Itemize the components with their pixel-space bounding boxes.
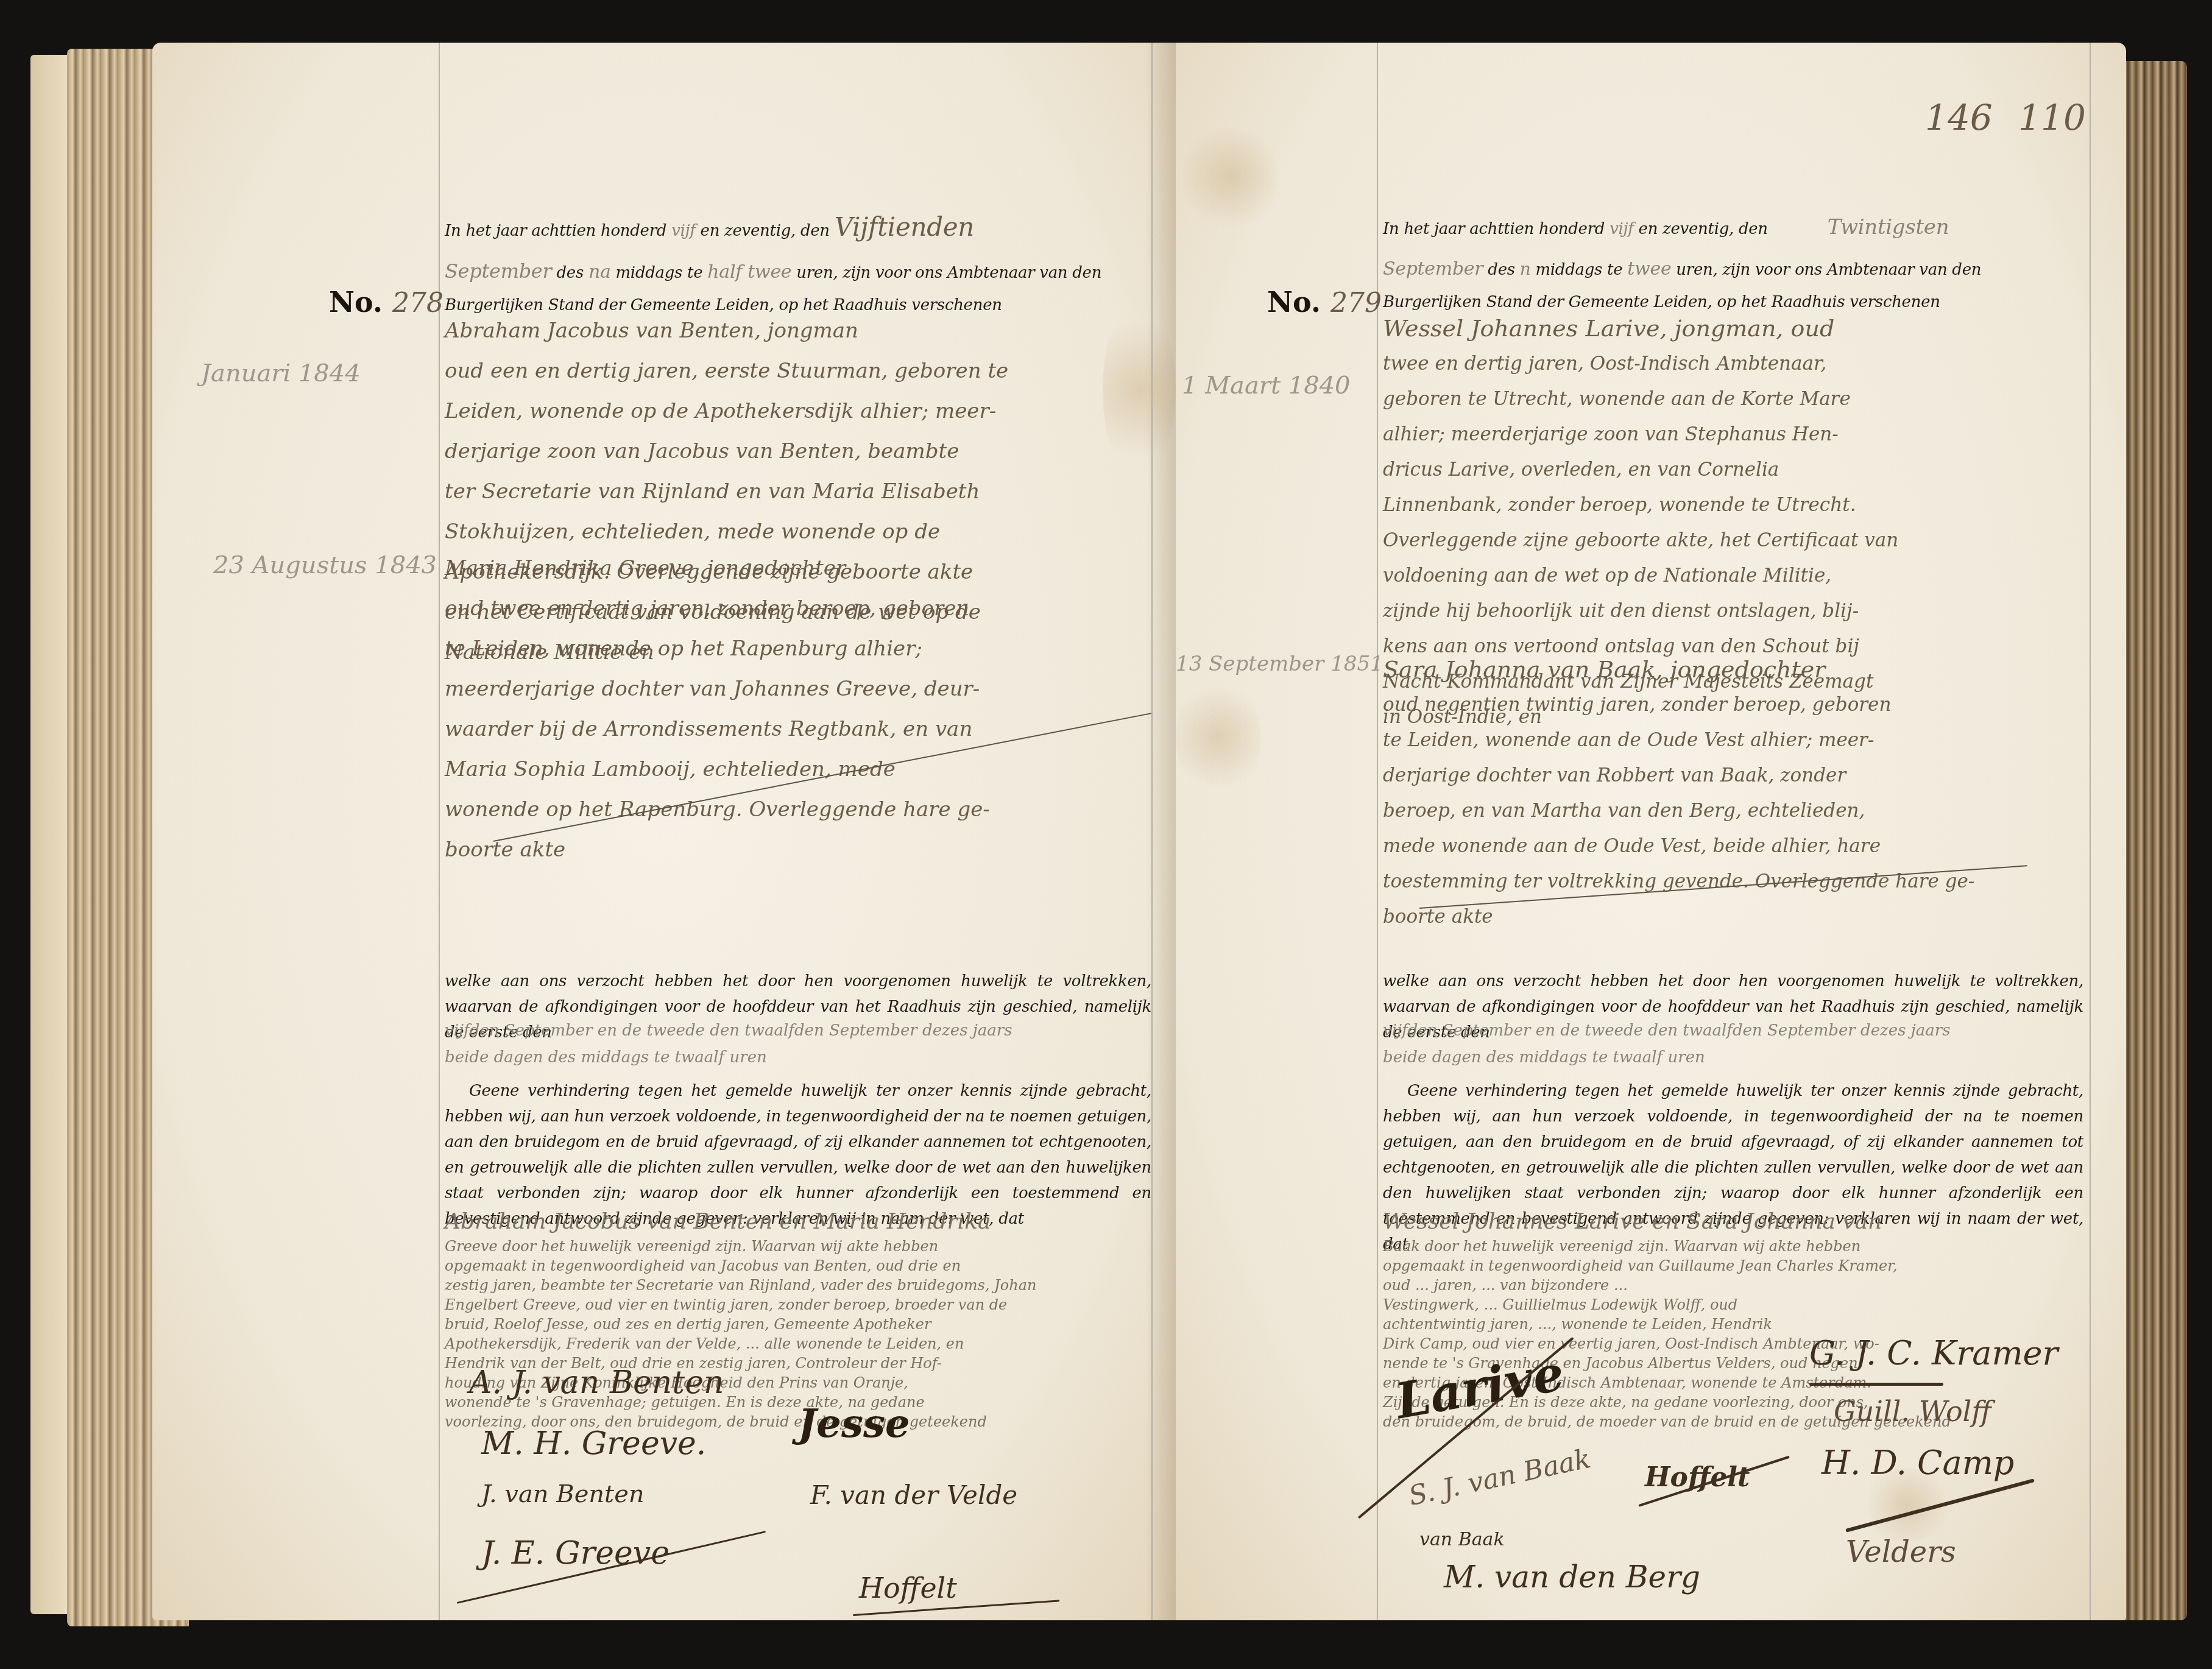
opening-clause: In het jaar achttien honderd vijf en zev… — [1383, 207, 2083, 315]
signature-witness-3: Guill. Wolff — [1834, 1395, 1991, 1428]
right-page-edges — [2120, 61, 2187, 1620]
bride-birth-date-note: 23 Augustus 1843 — [213, 551, 437, 579]
announcement-dates: vijfden September en de tweede den twaal… — [1383, 1017, 2083, 1071]
act-number: 278 — [392, 288, 443, 319]
bride-entry: Sara Johanna van Baak, jongedochter oud … — [1383, 652, 2083, 934]
water-stain — [1182, 122, 1279, 231]
groom-birth-date-note: 1 Maart 1840 — [1182, 372, 1351, 400]
right-page: 146 110 In het jaar achttien honderd vij… — [1176, 43, 2126, 1620]
signature-witness-2: J. E. Greeve — [481, 1535, 670, 1572]
signature-witness-1: van Baak — [1419, 1529, 1505, 1550]
announcement-dates: vijfden September en de tweede den twaal… — [445, 1017, 1151, 1071]
signature-registrar: Hoffelt — [859, 1572, 957, 1604]
left-page: In het jaar achttien honderd vijf en zev… — [152, 43, 1176, 1620]
signature-bride: M. H. Greeve. — [481, 1425, 706, 1462]
witness-flourish — [1809, 1383, 1943, 1386]
page-number: 146 110 — [1925, 97, 2086, 138]
water-stain — [1176, 676, 1261, 798]
signature-witness-5: Velders — [1846, 1535, 1956, 1569]
opening-clause: In het jaar achttien honderd vijf en zev… — [445, 207, 1151, 318]
signature-witness-1: J. van Benten — [481, 1480, 645, 1508]
act-number: 279 — [1330, 288, 1382, 319]
signature-witness-3: Jesse — [798, 1401, 910, 1447]
margin-rule — [1377, 43, 1378, 1620]
signature-registrar: Hoffelt — [1645, 1462, 1750, 1493]
act-number-label: No. 279 — [1267, 283, 1382, 323]
bride-entry: Maria Hendrika Greeve, jongedochter oud … — [445, 548, 1151, 870]
margin-rule — [439, 43, 440, 1620]
signature-witness-4: F. van der Velde — [810, 1480, 1017, 1510]
signature-groom: A. J. van Benten — [469, 1364, 724, 1401]
right-margin-rule — [2090, 43, 2091, 1620]
bride-birth-date-note: 13 September 1851 — [1176, 652, 1383, 676]
signature-witness-4: H. D. Camp — [1822, 1444, 2014, 1482]
signature-bride-mother: M. van den Berg — [1444, 1559, 1700, 1595]
signature-witness-2: G. J. C. Kramer — [1809, 1334, 2058, 1372]
act-number-label: No. 278 — [329, 283, 443, 323]
groom-birth-date-note: Januari 1844 — [201, 359, 361, 387]
open-register-book: In het jaar achttien honderd vijf en zev… — [30, 37, 2187, 1657]
